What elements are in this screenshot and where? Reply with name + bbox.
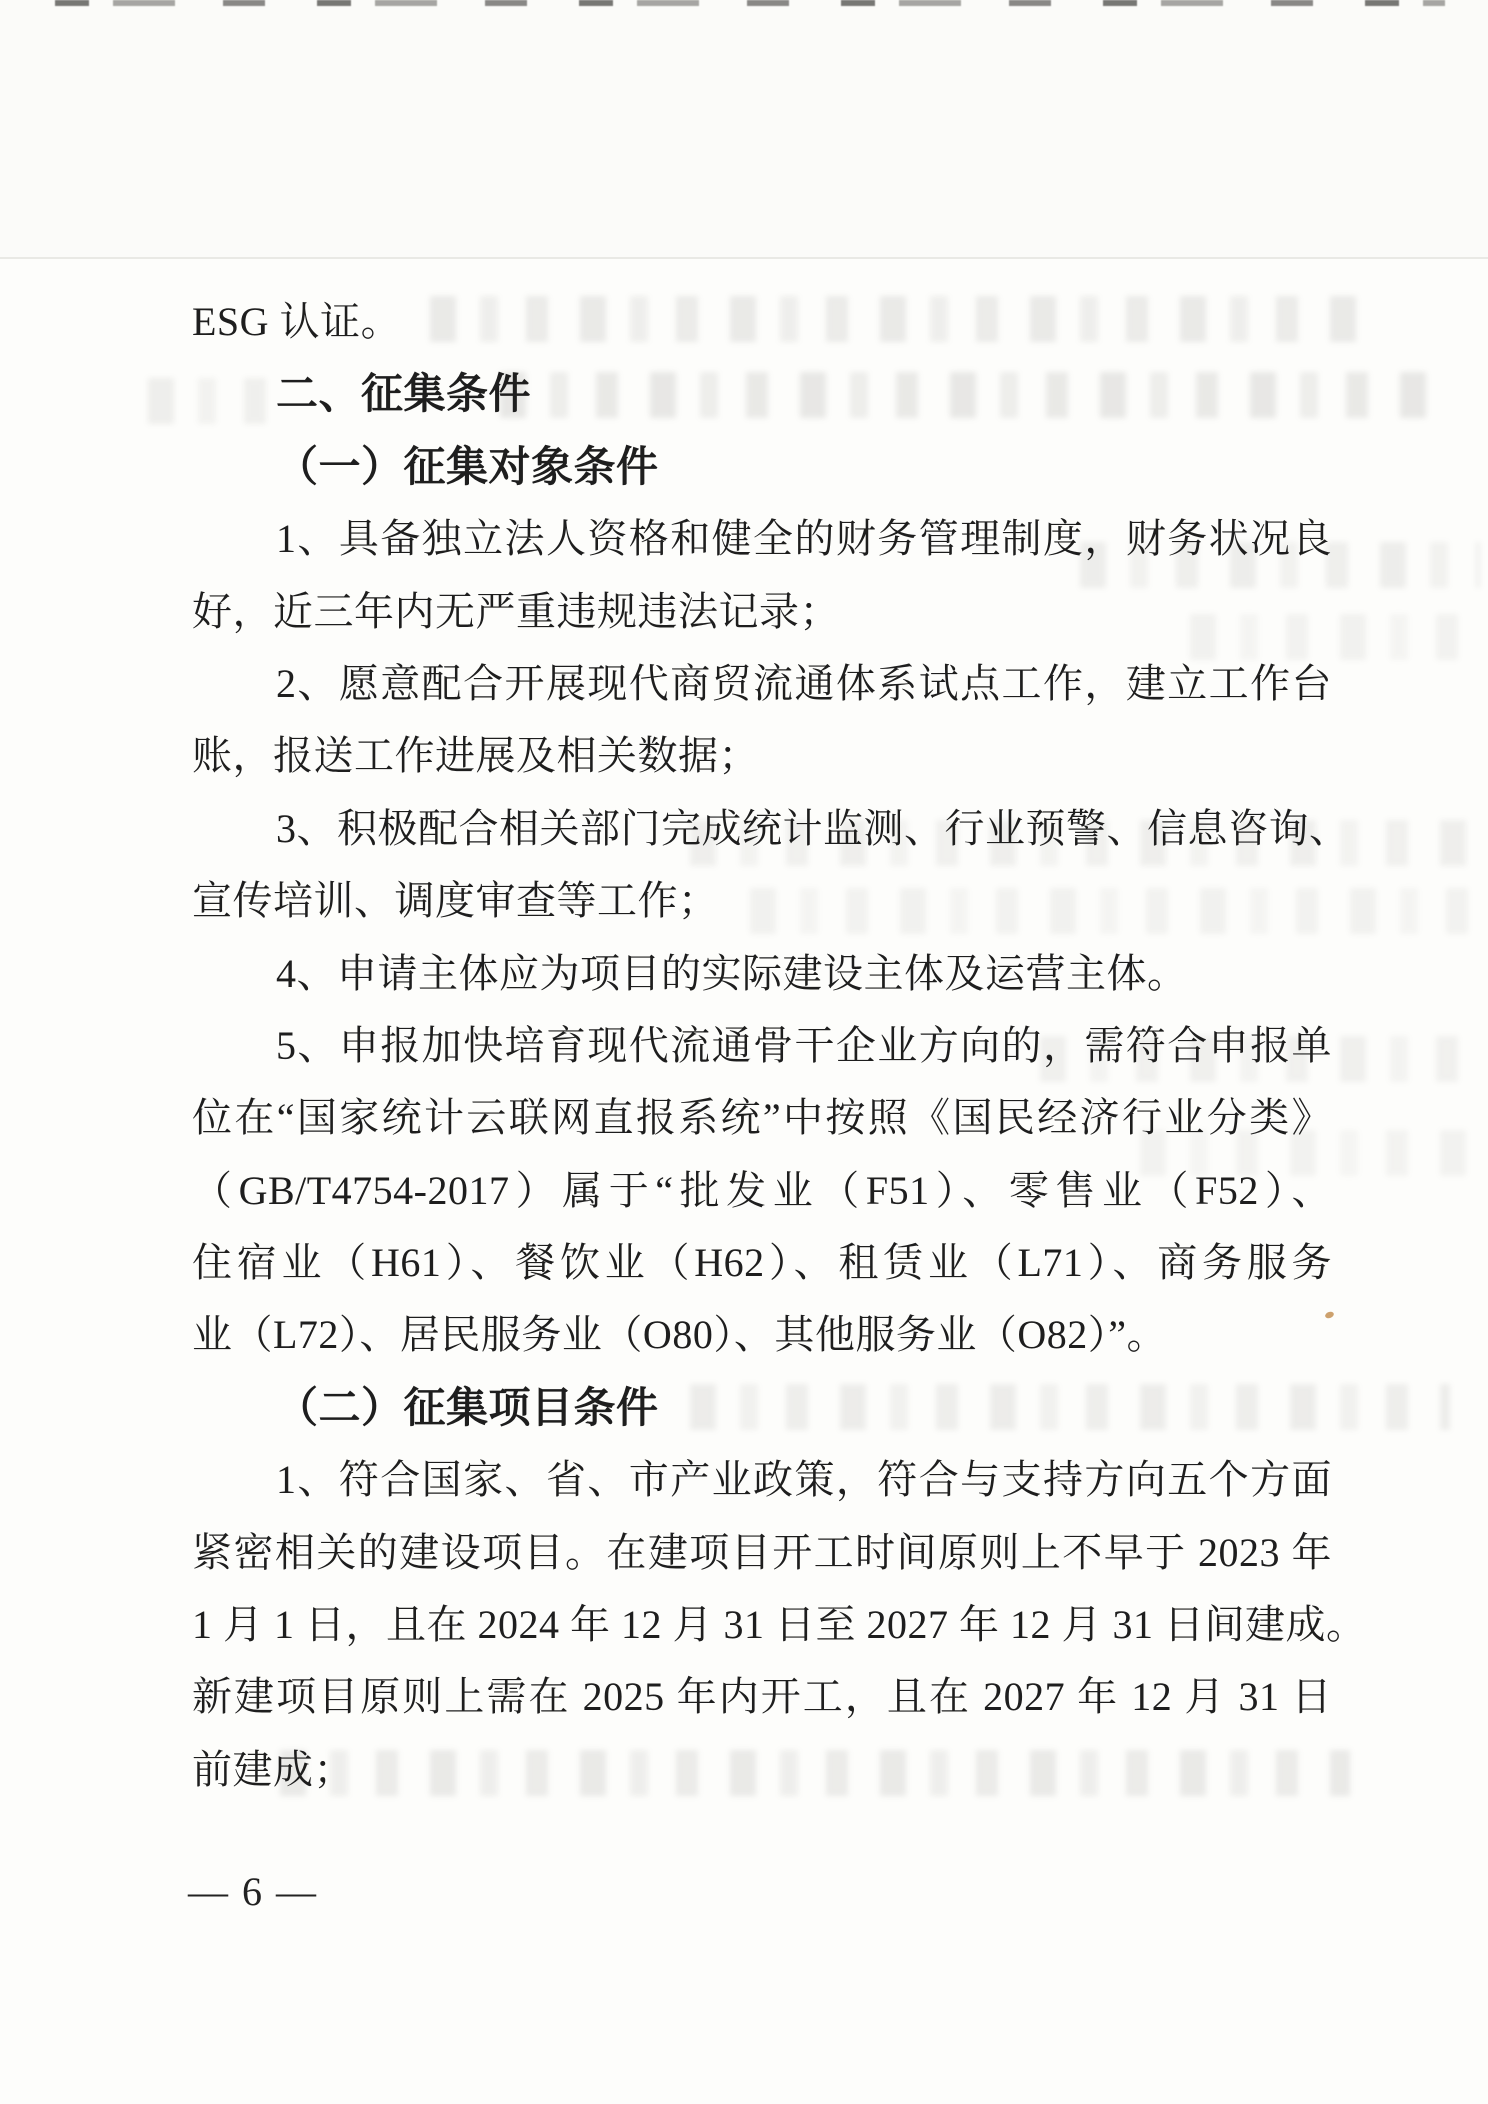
text-line-3: （一）征集对象条件 xyxy=(192,431,1332,503)
text-line-10: 4、申请主体应为项目的实际建设主体及运营主体。 xyxy=(192,938,1332,1010)
text-line-6: 2、愿意配合开展现代商贸流通体系试点工作，建立工作台 xyxy=(192,648,1332,720)
text-line-20: 新建项目原则上需在 2025 年内开工，且在 2027 年 12 月 31 日 xyxy=(192,1661,1332,1733)
text-line-7: 账，报送工作进展及相关数据； xyxy=(192,720,1332,792)
text-line-18: 紧密相关的建设项目。在建项目开工时间原则上不早于 2023 年 xyxy=(192,1517,1332,1589)
text-line-5: 好，近三年内无严重违规违法记录； xyxy=(192,576,1332,648)
text-line-12: 位在“国家统计云联网直报系统”中按照《国民经济行业分类》 xyxy=(192,1082,1332,1154)
text-line-14: 住宿业（H61）、餐饮业（H62）、租赁业（L71）、商务服务 xyxy=(192,1227,1332,1299)
text-line-15: 业（L72）、居民服务业（O80）、其他服务业（O82）”。 xyxy=(192,1299,1332,1371)
text-line-21: 前建成； xyxy=(192,1734,1332,1806)
text-line-16: （二）征集项目条件 xyxy=(192,1372,1332,1444)
scan-band-line xyxy=(0,257,1488,259)
document-body: ESG 认证。二、征集条件（一）征集对象条件1、具备独立法人资格和健全的财务管理… xyxy=(192,286,1332,1806)
text-line-4: 1、具备独立法人资格和健全的财务管理制度，财务状况良 xyxy=(192,503,1332,575)
text-line-9: 宣传培训、调度审查等工作； xyxy=(192,865,1332,937)
text-line-8: 3、积极配合相关部门完成统计监测、行业预警、信息咨询、 xyxy=(192,793,1332,865)
scan-top-band xyxy=(0,0,1488,258)
text-line-17: 1、符合国家、省、市产业政策，符合与支持方向五个方面 xyxy=(192,1444,1332,1516)
page-number: — 6 — xyxy=(188,1868,318,1915)
text-line-13: （GB/T4754-2017）属于“批发业（F51）、零售业（F52）、 xyxy=(192,1155,1332,1227)
document-page: ESG 认证。二、征集条件（一）征集对象条件1、具备独立法人资格和健全的财务管理… xyxy=(0,0,1488,2104)
text-line-1: ESG 认证。 xyxy=(192,286,1332,358)
text-line-2: 二、征集条件 xyxy=(192,358,1332,430)
text-line-19: 1 月 1 日，且在 2024 年 12 月 31 日至 2027 年 12 月… xyxy=(192,1589,1332,1661)
text-line-11: 5、申报加快培育现代流通骨干企业方向的，需符合申报单 xyxy=(192,1010,1332,1082)
scan-edge-artifact xyxy=(55,0,1445,6)
